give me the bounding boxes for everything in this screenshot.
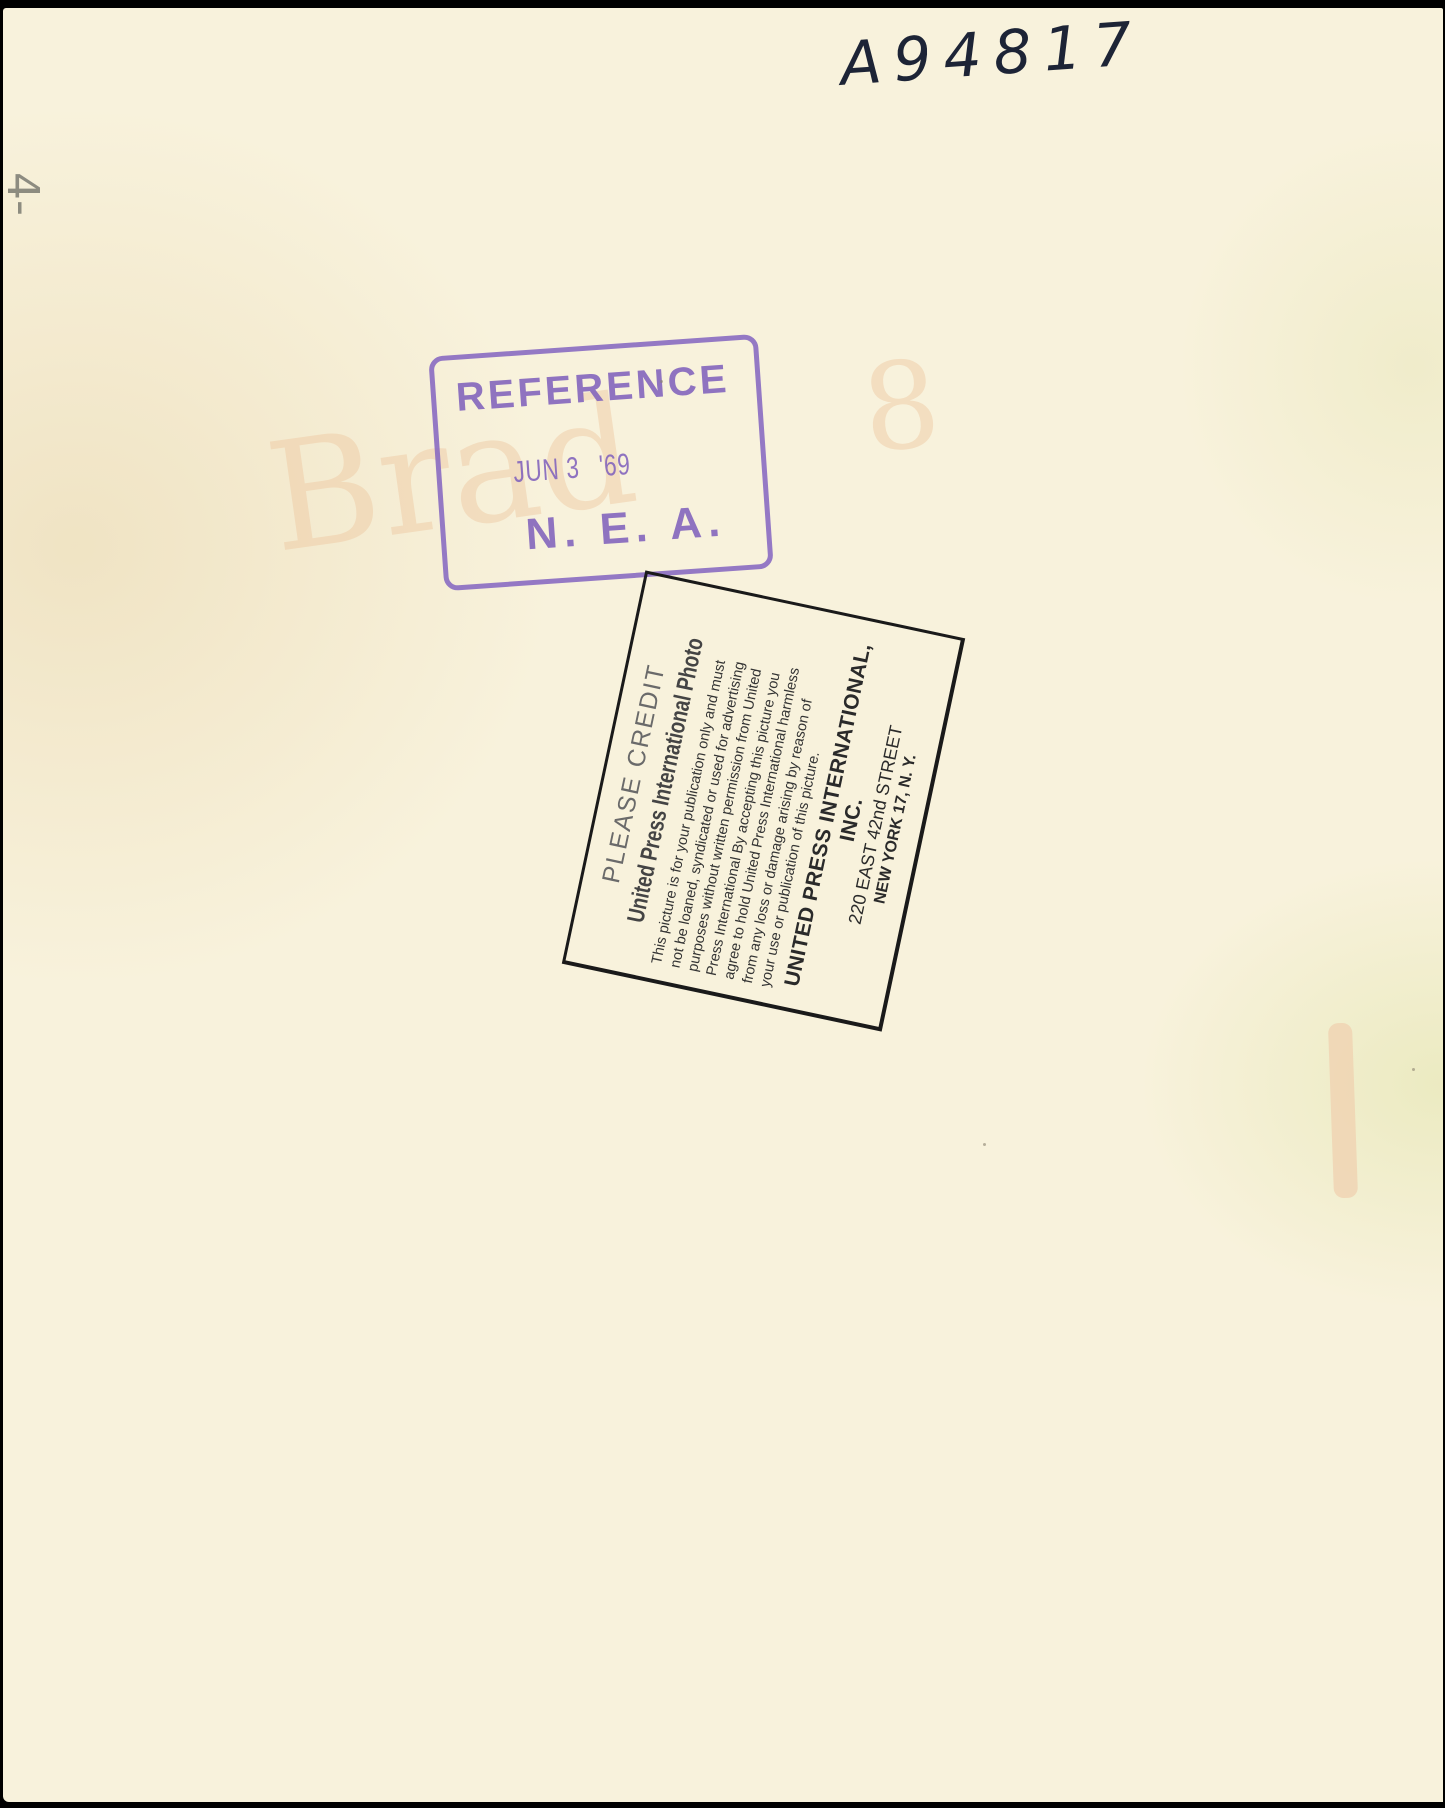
reference-stamp-organization: N. E. A.	[524, 496, 727, 560]
paper-speck	[660, 380, 663, 383]
bleed-through-mark	[1328, 1023, 1358, 1199]
reference-stamp-month-day: JUN 3	[512, 452, 580, 490]
reference-stamp: REFERENCE JUN 3'69 N. E. A.	[428, 334, 774, 591]
pencil-mark: 4-	[0, 172, 48, 216]
reference-stamp-date: JUN 3'69	[512, 448, 631, 490]
bleed-through-writing: 8	[856, 334, 946, 480]
paper-speck	[983, 1143, 986, 1146]
reference-stamp-year: '69	[598, 448, 632, 483]
paper-speck	[1412, 1068, 1415, 1071]
reference-stamp-title: REFERENCE	[455, 357, 731, 421]
